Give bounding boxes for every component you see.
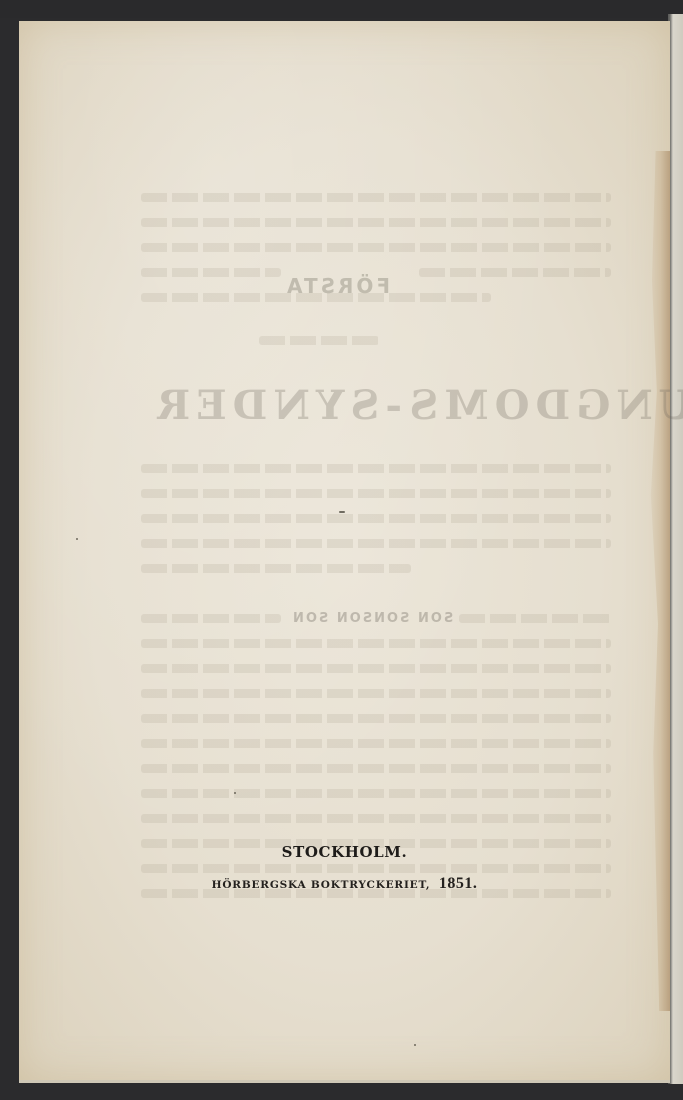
show-through-line <box>141 614 281 623</box>
show-through-line <box>141 764 611 773</box>
show-through-line <box>141 864 611 873</box>
show-through-line <box>141 689 611 698</box>
show-through-line <box>141 814 611 823</box>
show-through-line <box>141 564 411 573</box>
show-through-line <box>141 514 611 523</box>
show-through-line <box>419 268 611 277</box>
imprint-year: 1851. <box>439 875 478 892</box>
page-bottom-edge <box>19 1080 670 1083</box>
show-through-line <box>141 489 611 498</box>
adjacent-page-edge <box>668 14 683 1084</box>
show-through-line <box>459 614 611 623</box>
imprint-printer: HÖRBERGSKA BOKTRYCKERIET, <box>212 879 431 891</box>
book-page: FÖRSTA UNGDOMS-SYNDER SON SONSON SON STO… <box>19 21 670 1080</box>
show-through-small-heading: FÖRSTA <box>284 274 390 298</box>
show-through-line <box>141 639 611 648</box>
imprint-printer-line: HÖRBERGSKA BOKTRYCKERIET, 1851. <box>19 875 670 893</box>
show-through-line <box>259 336 379 345</box>
show-through-large-heading: UNGDOMS-SYNDER <box>151 382 683 429</box>
show-through-line <box>141 664 611 673</box>
show-through-line <box>141 193 611 202</box>
paper-speck <box>234 792 236 794</box>
show-through-line <box>141 464 611 473</box>
show-through-line <box>141 268 281 277</box>
show-through-line <box>141 789 611 798</box>
show-through-line <box>141 739 611 748</box>
show-through-line <box>141 539 611 548</box>
imprint-city: STOCKHOLM. <box>19 843 670 861</box>
paper-speck <box>76 538 78 540</box>
show-through-mid-heading: SON SONSON SON <box>291 611 453 626</box>
show-through-line <box>141 714 611 723</box>
show-through-text: FÖRSTA UNGDOMS-SYNDER SON SONSON SON <box>19 21 670 1080</box>
show-through-line <box>141 293 491 302</box>
paper-speck <box>414 1044 416 1046</box>
show-through-line <box>141 243 611 252</box>
scan-background-top <box>0 0 683 18</box>
paper-speck <box>339 511 345 513</box>
show-through-line <box>141 218 611 227</box>
